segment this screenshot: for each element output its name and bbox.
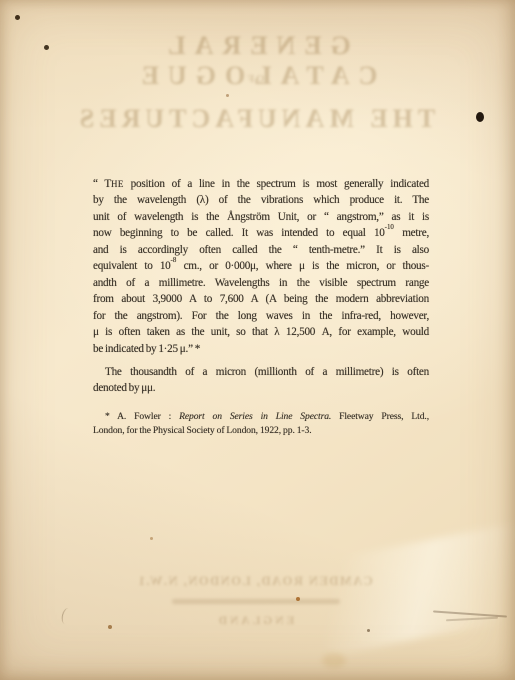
text-line: The thousandth of a micron (millionth of… xyxy=(93,364,429,380)
footnote: * A. Fowler : Report on Series in Line S… xyxy=(93,410,429,439)
paper-speck xyxy=(15,15,20,20)
text-line: μ is often taken as the unit, so that λ … xyxy=(93,324,429,340)
text-line: unit of wavelength is the Ångström Unit,… xyxy=(93,209,429,225)
text-line: from about 3,9000 A to 7,600 A (A being … xyxy=(93,291,429,307)
text-line: “ THE position of a line in the spectrum… xyxy=(93,176,429,192)
paper-speck xyxy=(226,94,229,97)
book-page: GENERAL CATALOGUE OF THE MANUFACTURES CA… xyxy=(0,0,515,680)
show-through-smudge xyxy=(172,599,340,604)
text-line: by the wavelength (λ) of the vibrations … xyxy=(93,192,429,208)
paper-speck xyxy=(476,112,484,122)
text-line: now beginning to be called. It was inten… xyxy=(93,225,429,241)
paper-crease-highlight xyxy=(311,519,515,656)
text-line: equivalent to 10-8 cm., or 0·000μ, where… xyxy=(93,258,429,274)
paper-speck xyxy=(322,653,346,668)
paper-top-shading xyxy=(0,0,515,130)
paper-speck xyxy=(150,537,153,540)
text-block: “ THE position of a line in the spectrum… xyxy=(93,176,429,439)
paper-speck xyxy=(108,625,112,629)
paper-speck xyxy=(44,45,49,50)
text-line: be indicated by 1·25 μ.” * xyxy=(93,341,429,357)
text-line: and is accordingly often called the “ te… xyxy=(93,242,429,258)
text-line: denoted by μμ. xyxy=(93,380,429,396)
pencil-squiggle xyxy=(60,607,73,625)
paper-speck xyxy=(367,629,370,632)
text-line: for the angstrom). For the long waves in… xyxy=(93,308,429,324)
text-line: * A. Fowler : Report on Series in Line S… xyxy=(93,410,429,425)
second-paragraph: The thousandth of a micron (millionth of… xyxy=(93,364,429,397)
text-line: London, for the Physical Society of Lond… xyxy=(93,424,429,439)
text-line: andth of a millimetre. Wavelengths in th… xyxy=(93,275,429,291)
quoted-paragraph: “ THE position of a line in the spectrum… xyxy=(93,176,429,357)
paper-speck xyxy=(296,597,300,601)
